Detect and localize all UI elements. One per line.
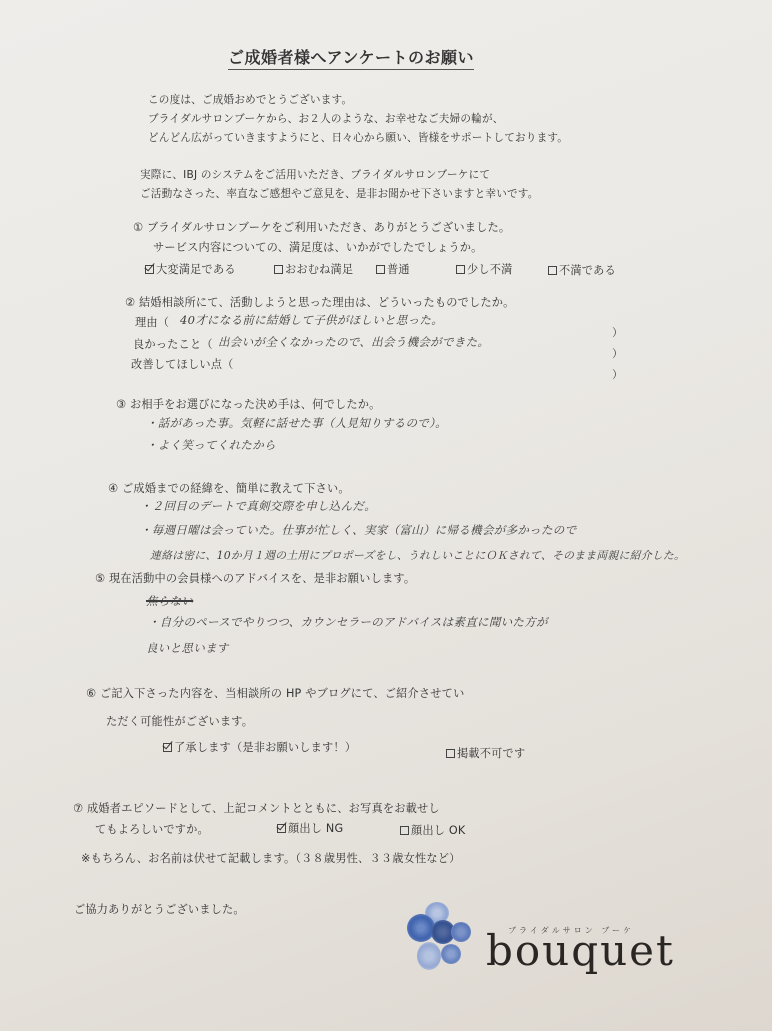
q2-good-label: 良かったこと（ (133, 336, 213, 352)
q2-question: ② 結婚相談所にて、活動しようと思った理由は、どういったものでしたか。 (125, 294, 515, 310)
q4-answer-2[interactable]: ・毎週日曜は会っていた。仕事が忙しく、実家（富山）に帰る機会が多かったので (140, 522, 576, 538)
intro-line-2: ブライダルサロンブーケから、お２人のような、お幸せなご夫婦の輪が、 (148, 111, 504, 126)
q7-option-face-ok[interactable]: 顔出し OK (400, 822, 465, 838)
q6-option-accept[interactable]: 了承します（是非お願いします！） (163, 739, 356, 755)
q4-question: ④ ご成婚までの経緯を、簡単に教えて下さい。 (108, 480, 350, 496)
q6-line-2: ただく可能性がございます。 (106, 713, 253, 729)
q6-option-decline[interactable]: 掲載不可です (446, 745, 525, 761)
q2-improve-label: 改善してほしい点（ (131, 356, 234, 372)
checkbox-checked-icon[interactable] (163, 743, 172, 752)
checkbox-icon[interactable] (400, 826, 409, 835)
q6-line-1: ⑥ ご記入下さった内容を、当相談所の HP やブログにて、ご紹介させてい (86, 685, 464, 701)
q3-question: ③ お相手をお選びになった決め手は、何でしたか。 (116, 396, 381, 412)
checkbox-icon[interactable] (456, 265, 465, 274)
option-label: 普通 (387, 263, 410, 276)
page-title: ご成婚者様へアンケートのお願い (228, 45, 474, 70)
q2-reason-label: 理由（ (135, 314, 169, 330)
option-label: 顔出し OK (411, 824, 465, 837)
q1-option-slightly-dissatisfied[interactable]: 少し不満 (456, 261, 513, 277)
q2-good-answer[interactable]: 出会いが全くなかったので、出会う機会ができた。 (218, 334, 489, 350)
q3-answer-2[interactable]: ・よく笑ってくれたから (146, 437, 276, 453)
option-label: 了承します（是非お願いします！） (174, 741, 356, 754)
q7-option-face-ng[interactable]: 顔出し NG (277, 820, 343, 836)
checkbox-icon[interactable] (446, 749, 455, 758)
q1-option-normal[interactable]: 普通 (376, 261, 410, 277)
checkbox-checked-icon[interactable] (277, 824, 286, 833)
q4-answer-3[interactable]: 連絡は密に、10か月１週の土用にプロポーズをし、うれしいことにＯＫされて、そのま… (150, 548, 685, 563)
checkbox-icon[interactable] (548, 266, 557, 275)
q5-struck-text: 焦らない (146, 593, 193, 609)
q2-reason-answer[interactable]: 40才になる前に結婚して子供がほしいと思った。 (180, 312, 443, 328)
checkbox-icon[interactable] (376, 265, 385, 274)
q7-note: ※もちろん、お名前は伏せて記載します。（３８歳男性、３３歳女性など） (81, 850, 461, 866)
option-label: 掲載不可です (457, 747, 525, 760)
q1-option-very-satisfied[interactable]: 大変満足である (145, 261, 236, 277)
q1-line-1: ① ブライダルサロンブーケをご利用いただき、ありがとうございました。 (133, 219, 510, 235)
checkbox-icon[interactable] (274, 265, 283, 274)
intro-line-1: この度は、ご成婚おめでとうございます。 (148, 92, 352, 107)
survey-sheet: ご成婚者様へアンケートのお願い この度は、ご成婚おめでとうございます。 ブライダ… (0, 0, 772, 1031)
option-label: 不満である (559, 264, 616, 277)
q7-line-1: ⑦ 成婚者エピソードとして、上記コメントとともに、お写真をお載せし (73, 800, 440, 816)
q5-answer-2[interactable]: 良いと思います (146, 640, 229, 656)
intro-line-3: どんどん広がっていきますようにと、日々心から願い、皆様をサポートしております。 (148, 130, 568, 145)
q1-option-dissatisfied[interactable]: 不満である (548, 262, 616, 278)
option-label: 少し不満 (467, 263, 513, 276)
close-paren: ） (612, 324, 623, 340)
q1-line-2: サービス内容についての、満足度は、いかがでしたでしょうか。 (153, 239, 483, 255)
q5-question: ⑤ 現在活動中の会員様へのアドバイスを、是非お願いします。 (95, 570, 415, 586)
q3-answer-1[interactable]: ・話があった事。気軽に話せた事（人見知りするので）。 (146, 415, 447, 431)
q7-line-2: てもよろしいですか。 (95, 821, 209, 837)
intro2-line-1: 実際に、IBJ のシステムをご活用いただき、ブライダルサロンブーケにて (140, 167, 490, 182)
option-label: 顔出し NG (288, 822, 343, 835)
option-label: おおむね満足 (285, 263, 353, 276)
q5-answer-1[interactable]: ・自分のペースでやりつつ、カウンセラーのアドバイスは素直に聞いた方が (148, 614, 548, 630)
q4-answer-1[interactable]: ・２回目のデートで真剣交際を申し込んだ。 (140, 498, 376, 514)
close-paren: ） (612, 345, 623, 361)
intro2-line-2: ご活動なさった、率直なご感想やご意見を、是非お聞かせ下さいますと幸いです。 (140, 186, 539, 201)
option-label: 大変満足である (156, 263, 236, 276)
logo-wordmark: bouquet (486, 926, 675, 975)
q1-option-mostly-satisfied[interactable]: おおむね満足 (274, 261, 353, 277)
rose-bouquet-logo-icon (405, 900, 473, 978)
close-paren: ） (612, 366, 623, 382)
checkbox-checked-icon[interactable] (145, 265, 154, 274)
thanks-text: ご協力ありがとうございました。 (74, 901, 245, 917)
